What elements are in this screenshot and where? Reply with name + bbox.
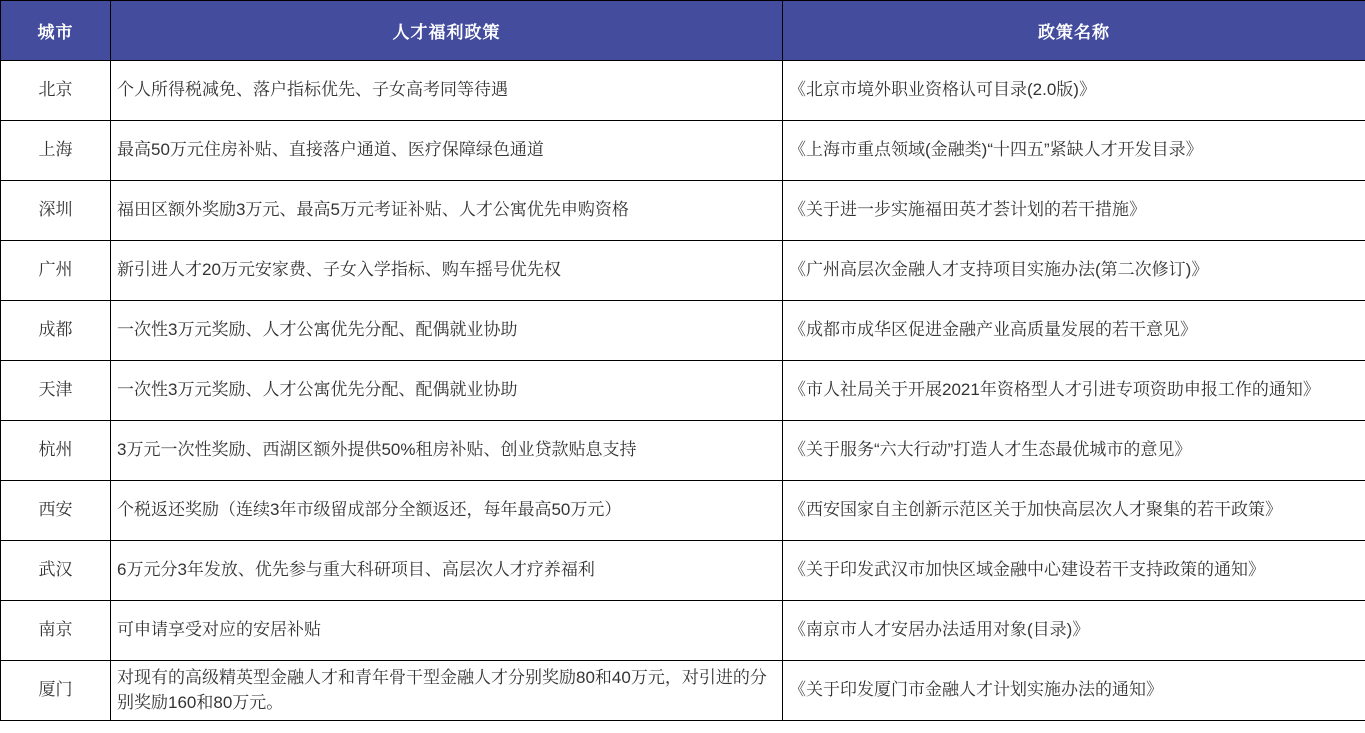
header-row: 城市 人才福利政策 政策名称	[1, 1, 1365, 61]
city-cell: 杭州	[1, 421, 111, 481]
table-row: 厦门 对现有的高级精英型金融人才和青年骨干型金融人才分别奖励80和40万元，对引…	[1, 661, 1365, 721]
table-row: 杭州 3万元一次性奖励、西湖区额外提供50%租房补贴、创业贷款贴息支持 《关于服…	[1, 421, 1365, 481]
policy-cell: 可申请享受对应的安居补贴	[111, 601, 783, 661]
policy-cell: 6万元分3年发放、优先参与重大科研项目、高层次人才疗养福利	[111, 541, 783, 601]
policy-cell: 对现有的高级精英型金融人才和青年骨干型金融人才分别奖励80和40万元，对引进的分…	[111, 661, 783, 721]
policy-cell: 新引进人才20万元安家费、子女入学指标、购车摇号优先权	[111, 241, 783, 301]
table-header: 城市 人才福利政策 政策名称	[1, 1, 1365, 61]
policy-name-cell: 《市人社局关于开展2021年资格型人才引进专项资助申报工作的通知》	[783, 361, 1365, 421]
city-cell: 上海	[1, 121, 111, 181]
policy-name-cell: 《关于服务“六大行动”打造人才生态最优城市的意见》	[783, 421, 1365, 481]
city-cell: 西安	[1, 481, 111, 541]
policy-cell: 最高50万元住房补贴、直接落户通道、医疗保障绿色通道	[111, 121, 783, 181]
city-cell: 天津	[1, 361, 111, 421]
policy-cell: 3万元一次性奖励、西湖区额外提供50%租房补贴、创业贷款贴息支持	[111, 421, 783, 481]
table-row: 西安 个税返还奖励（连续3年市级留成部分全额返还，每年最高50万元） 《西安国家…	[1, 481, 1365, 541]
table-row: 南京 可申请享受对应的安居补贴 《南京市人才安居办法适用对象(目录)》	[1, 601, 1365, 661]
policy-name-cell: 《广州高层次金融人才支持项目实施办法(第二次修订)》	[783, 241, 1365, 301]
city-cell: 南京	[1, 601, 111, 661]
talent-policy-table-container: 城市 人才福利政策 政策名称 北京 个人所得税减免、落户指标优先、子女高考同等待…	[0, 0, 1365, 733]
city-cell: 厦门	[1, 661, 111, 721]
table-body: 北京 个人所得税减免、落户指标优先、子女高考同等待遇 《北京市境外职业资格认可目…	[1, 61, 1365, 721]
table-row: 天津 一次性3万元奖励、人才公寓优先分配、配偶就业协助 《市人社局关于开展202…	[1, 361, 1365, 421]
policy-name-cell: 《南京市人才安居办法适用对象(目录)》	[783, 601, 1365, 661]
policy-cell: 一次性3万元奖励、人才公寓优先分配、配偶就业协助	[111, 301, 783, 361]
policy-name-cell: 《关于印发厦门市金融人才计划实施办法的通知》	[783, 661, 1365, 721]
table-row: 北京 个人所得税减免、落户指标优先、子女高考同等待遇 《北京市境外职业资格认可目…	[1, 61, 1365, 121]
policy-cell: 福田区额外奖励3万元、最高5万元考证补贴、人才公寓优先申购资格	[111, 181, 783, 241]
col-header-policy: 人才福利政策	[111, 1, 783, 61]
talent-policy-table: 城市 人才福利政策 政策名称 北京 个人所得税减免、落户指标优先、子女高考同等待…	[0, 0, 1365, 721]
policy-name-cell: 《关于进一步实施福田英才荟计划的若干措施》	[783, 181, 1365, 241]
city-cell: 深圳	[1, 181, 111, 241]
city-cell: 广州	[1, 241, 111, 301]
policy-cell: 个税返还奖励（连续3年市级留成部分全额返还，每年最高50万元）	[111, 481, 783, 541]
policy-name-cell: 《成都市成华区促进金融产业高质量发展的若干意见》	[783, 301, 1365, 361]
policy-name-cell: 《西安国家自主创新示范区关于加快高层次人才聚集的若干政策》	[783, 481, 1365, 541]
policy-name-cell: 《北京市境外职业资格认可目录(2.0版)》	[783, 61, 1365, 121]
col-header-policy-name: 政策名称	[783, 1, 1365, 61]
table-row: 武汉 6万元分3年发放、优先参与重大科研项目、高层次人才疗养福利 《关于印发武汉…	[1, 541, 1365, 601]
table-row: 上海 最高50万元住房补贴、直接落户通道、医疗保障绿色通道 《上海市重点领域(金…	[1, 121, 1365, 181]
policy-name-cell: 《关于印发武汉市加快区域金融中心建设若干支持政策的通知》	[783, 541, 1365, 601]
table-row: 广州 新引进人才20万元安家费、子女入学指标、购车摇号优先权 《广州高层次金融人…	[1, 241, 1365, 301]
city-cell: 成都	[1, 301, 111, 361]
policy-cell: 个人所得税减免、落户指标优先、子女高考同等待遇	[111, 61, 783, 121]
table-row: 成都 一次性3万元奖励、人才公寓优先分配、配偶就业协助 《成都市成华区促进金融产…	[1, 301, 1365, 361]
policy-name-cell: 《上海市重点领域(金融类)“十四五”紧缺人才开发目录》	[783, 121, 1365, 181]
policy-cell: 一次性3万元奖励、人才公寓优先分配、配偶就业协助	[111, 361, 783, 421]
col-header-city: 城市	[1, 1, 111, 61]
city-cell: 武汉	[1, 541, 111, 601]
table-row: 深圳 福田区额外奖励3万元、最高5万元考证补贴、人才公寓优先申购资格 《关于进一…	[1, 181, 1365, 241]
city-cell: 北京	[1, 61, 111, 121]
